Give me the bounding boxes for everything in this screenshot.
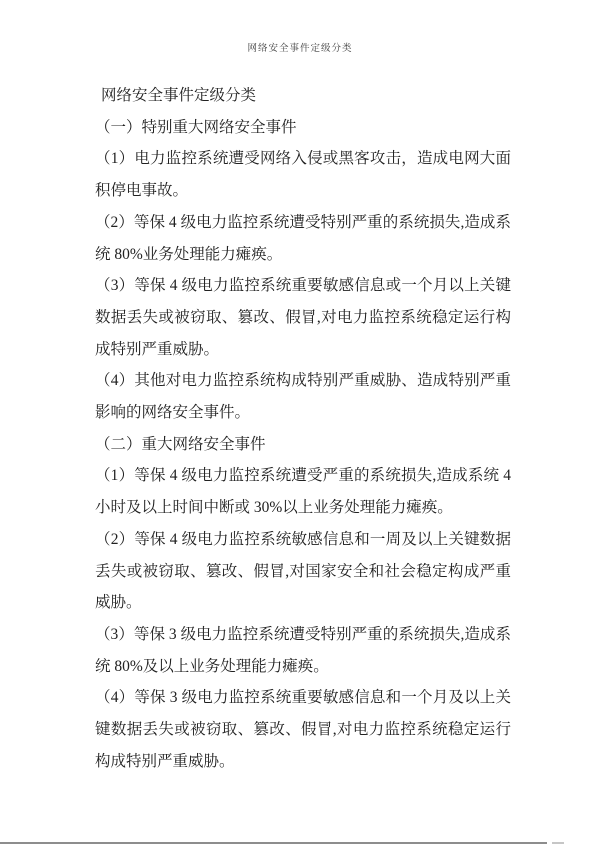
page-bottom-rule	[0, 842, 547, 844]
section-2-item-4: （4）等保 3 级电力监控系统重要敏感信息和一个月及以上关键数据丢失或被窃取、篡…	[95, 682, 511, 777]
section-2-item-2: （2）等保 4 级电力监控系统敏感信息和一周及以上关键数据丢失或被窃取、篡改、假…	[95, 524, 511, 619]
section-1-heading: （一）特别重大网络安全事件	[95, 112, 511, 144]
document-page: 网络安全事件定级分类 网络安全事件定级分类 （一）特别重大网络安全事件 （1）电…	[0, 0, 600, 851]
section-1-item-4: （4）其他对电力监控系统构成特别严重威胁、造成特别严重影响的网络安全事件。	[95, 365, 511, 428]
section-2-item-3: （3）等保 3 级电力监控系统遭受特别严重的系统损失,造成系统 80%及以上业务…	[95, 619, 511, 682]
section-2-heading: （二）重大网络安全事件	[95, 429, 511, 461]
section-1-item-2: （2）等保 4 级电力监控系统遭受特别严重的系统损失,造成系统 80%业务处理能…	[95, 207, 511, 270]
section-2-item-1: （1）等保 4 级电力监控系统遭受严重的系统损失,造成系统 4 小时及以上时间中…	[95, 460, 511, 523]
running-header: 网络安全事件定级分类	[0, 40, 600, 54]
page-bottom-rule-dash	[552, 842, 564, 844]
section-1-item-3: （3）等保 4 级电力监控系统重要敏感信息或一个月以上关键数据丢失或被窃取、篡改…	[95, 270, 511, 365]
document-body: 网络安全事件定级分类 （一）特别重大网络安全事件 （1）电力监控系统遭受网络入侵…	[95, 80, 511, 777]
section-1-item-1: （1）电力监控系统遭受网络入侵或黑客攻击，造成电网大面积停电事故。	[95, 143, 511, 206]
document-title: 网络安全事件定级分类	[95, 80, 511, 112]
